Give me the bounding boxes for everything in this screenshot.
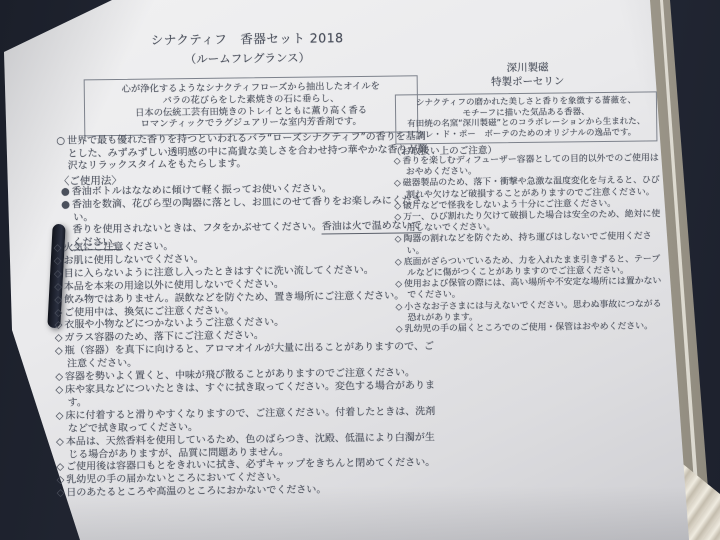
document-subtitle: （ルームフレグランス） bbox=[123, 49, 371, 68]
dot-bullet: ● bbox=[61, 187, 70, 198]
diamond-bullet: ◇ bbox=[54, 307, 62, 318]
caution-text: 火気にご注意ください。 bbox=[63, 241, 173, 253]
diamond-bullet: ◇ bbox=[395, 302, 402, 312]
caution-text: 本品を本来の用途以外に使用しないでください。 bbox=[64, 279, 284, 293]
lead-paragraph: ○世界で最も優れた香りを持つといわれるバラ“ローズシナクティフ”の香りを基調とし… bbox=[56, 131, 429, 173]
photo-of-instruction-booklet: シナクティフ 香器セット 2018 （ルームフレグランス） 心が浄化するようなシ… bbox=[0, 0, 720, 540]
diamond-bullet: ◇ bbox=[394, 156, 401, 166]
caution-text: 乳幼児の手の届かないところにおいてください。 bbox=[66, 472, 286, 486]
handling-text: 万一、ひび割れたり欠けて破損した場合は安全のため、絶対に使用しないでください。 bbox=[403, 209, 660, 233]
diamond-bullet: ◇ bbox=[56, 475, 64, 486]
caution-text: 目に入らないように注意し入ったときはすぐに洗い流してください。 bbox=[64, 265, 374, 280]
diamond-bullet: ◇ bbox=[54, 268, 62, 279]
diamond-bullet: ◇ bbox=[396, 325, 403, 335]
handling-item: ◇磁器製品のため、落下・衝撃や急激な温度変化を与えると、ひび割れや欠けなど破損す… bbox=[394, 176, 662, 202]
diamond-bullet: ◇ bbox=[54, 281, 62, 292]
caution-text: 本品は、天然香料を使用しているため、色のばらつき、沈殿、低温により白濁が生じる場… bbox=[66, 432, 435, 460]
diamond-bullet: ◇ bbox=[55, 372, 63, 383]
handling-list: ◇香りを楽しむディフューザー容器としての目的以外でのご使用はおやめください。◇磁… bbox=[394, 153, 664, 336]
handling-text: 底面がざらついているため、力を入れたまま引きずると、テーブルなどに傷がつくことが… bbox=[404, 254, 661, 278]
caution-text: ガラス容器のため、落下にご注意ください。 bbox=[64, 331, 263, 344]
caution-text: ご使用中は、換気にご注意ください。 bbox=[64, 305, 234, 318]
diamond-bullet: ◇ bbox=[395, 235, 402, 245]
maker-subtitle: 特製ポーセリン bbox=[424, 74, 632, 90]
diamond-bullet: ◇ bbox=[56, 410, 64, 421]
handling-item: ◇陶器の割れなどを防ぐため、持ち運びはしないでご使用ください。 bbox=[395, 232, 663, 258]
caution-text: 床や家具などについたときは、すぐに拭き取ってください。変色する場合があります。 bbox=[65, 380, 435, 408]
handling-text: 使用および保管の際には、高い場所や不安定な場所には置かないでください。 bbox=[404, 277, 661, 301]
diamond-bullet: ◇ bbox=[54, 243, 62, 254]
lead-text: 世界で最も優れた香りを持つといわれるバラ“ローズシナクティフ”の香りを基調とした… bbox=[67, 131, 428, 172]
diamond-bullet: ◇ bbox=[54, 294, 62, 305]
diamond-bullet: ◇ bbox=[55, 346, 63, 357]
diamond-bullet: ◇ bbox=[395, 257, 402, 267]
handling-item: ◇小さなお子さまには与えないでください。思わぬ事故につながる恐れがあります。 bbox=[395, 299, 663, 325]
maker-title-block: 深川製磁 特製ポーセリン bbox=[423, 61, 631, 91]
handling-text: 小さなお子さまには与えないでください。思わぬ事故につながる恐れがあります。 bbox=[404, 299, 661, 323]
caution-text: 床に付着すると滑りやすくなりますので、ご注意ください。付着したときは、洗剤などで… bbox=[65, 406, 435, 434]
caution-text: 日のあたるところや高温のところにおかないでください。 bbox=[66, 485, 326, 499]
handling-text: 乳幼児の手の届くところでのご使用・保管はおやめください。 bbox=[404, 321, 653, 334]
intro-box: 心が浄化するようなシナクティフローズから抽出したオイルをバラの花びらをした素焼き… bbox=[84, 75, 419, 136]
diamond-bullet: ◇ bbox=[394, 179, 401, 189]
caution-text: 衣服や小物などにつかないようご注意ください。 bbox=[64, 317, 284, 331]
diamond-bullet: ◇ bbox=[54, 256, 62, 267]
diamond-bullet: ◇ bbox=[55, 320, 63, 331]
circle-bullet: ○ bbox=[56, 136, 65, 147]
printed-content: シナクティフ 香器セット 2018 （ルームフレグランス） 心が浄化するようなシ… bbox=[0, 0, 720, 540]
maker-description-box: シナクティフの磨かれた美しさと香りを象徴する薔薇を、モチーフに描いた気品ある香器… bbox=[395, 91, 658, 145]
diamond-bullet: ◇ bbox=[394, 201, 401, 211]
diamond-bullet: ◇ bbox=[55, 333, 63, 344]
handling-item: ◇乳幼児の手の届くところでのご使用・保管はおやめください。 bbox=[396, 321, 664, 335]
document-title: シナクティフ 香器セット 2018 bbox=[123, 28, 371, 49]
diamond-bullet: ◇ bbox=[56, 436, 64, 447]
caution-text: 瓶（容器）を真下に向けると、アロマオイルが大量に出ることがありますので、ご注意く… bbox=[65, 341, 434, 369]
maker-description-line: クレ・ド・ポー ボーテのためのオリジナルの逸品です。 bbox=[398, 127, 654, 141]
usage-text: 香油を数滴、花びら型の陶器に落とし、お皿にのせて香りをお楽しみにください。 bbox=[72, 195, 422, 223]
diamond-bullet: ◇ bbox=[56, 462, 64, 473]
diamond-bullet: ◇ bbox=[394, 213, 401, 223]
usage-text: 香油ボトルはななめに傾けて軽く振ってお使いください。 bbox=[72, 183, 332, 197]
handling-text: 香りを楽しむディフューザー容器としての目的以外でのご使用はおやめください。 bbox=[402, 153, 658, 177]
usage-text: 香りを使用されないときは、フタをかぶせてください。 bbox=[72, 222, 321, 236]
diamond-bullet: ◇ bbox=[55, 385, 63, 396]
title-block: シナクティフ 香器セット 2018 （ルームフレグランス） bbox=[123, 28, 371, 68]
caution-text: お肌に使用しないでください。 bbox=[64, 254, 204, 267]
diamond-bullet: ◇ bbox=[395, 280, 402, 290]
caution-list: ◇火気にご注意ください。◇お肌に使用しないでください。◇目に入らないように注意し… bbox=[54, 238, 437, 501]
dot-bullet: ● bbox=[61, 199, 70, 210]
handling-text: 陶器の割れなどを防ぐため、持ち運びはしないでご使用ください。 bbox=[403, 232, 651, 256]
handling-text: 磁器製品のため、落下・衝撃や急激な温度変化を与えると、ひび割れや欠けなど破損する… bbox=[403, 176, 660, 200]
handling-item: ◇使用および保管の際には、高い場所や不安定な場所には置かないでください。 bbox=[395, 277, 663, 303]
diamond-bullet: ◇ bbox=[57, 488, 65, 499]
